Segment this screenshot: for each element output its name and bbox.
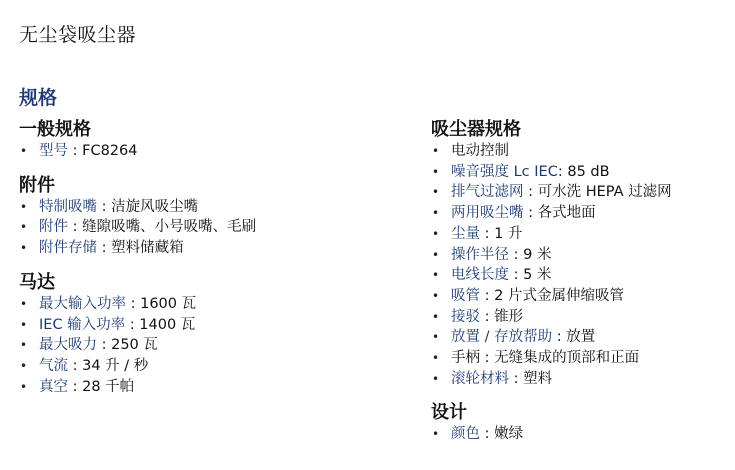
spec-value: 5 米 — [523, 267, 551, 283]
spec-list: •颜色 : 嫩绿 — [431, 424, 731, 445]
spec-key: 电线长度 — [451, 267, 509, 283]
spec-key: 最大输入功率 — [39, 296, 126, 312]
spec-separator: : — [480, 226, 494, 242]
bullet-icon: • — [432, 245, 439, 266]
bullet-icon: • — [432, 307, 439, 328]
spec-separator: : — [524, 205, 538, 221]
spec-value: 锥形 — [494, 309, 523, 325]
spec-value: 塑料储藏箱 — [111, 240, 184, 256]
spec-separator: : — [509, 371, 523, 387]
section-heading: 设计 — [431, 402, 731, 424]
spec-item: •操作半径 : 9 米 — [431, 245, 731, 266]
bullet-icon: • — [432, 369, 439, 390]
spec-separator: : — [68, 358, 82, 374]
spec-separator: : — [558, 164, 568, 180]
spec-item: •接驳 : 锥形 — [431, 307, 731, 328]
spec-key: 附件 — [39, 219, 68, 235]
spec-section: 吸尘器规格•电动控制•噪音强度 Lc IEC: 85 dB•排气过滤网 : 可水… — [431, 119, 731, 389]
spec-item: •放置 / 存放帮助 : 放置 — [431, 327, 731, 348]
bullet-icon: • — [432, 203, 439, 224]
spec-key: 噪音强度 Lc IEC — [451, 164, 558, 180]
bullet-icon: • — [20, 377, 27, 398]
spec-value: 2 片式金属伸缩吸管 — [494, 288, 624, 304]
spec-item: •气流 : 34 升 / 秒 — [19, 356, 409, 377]
spec-item: •尘量 : 1 升 — [431, 224, 731, 245]
spec-key: 型号 — [39, 143, 68, 159]
section-heading: 附件 — [19, 175, 409, 197]
bullet-icon: • — [432, 348, 439, 369]
spec-section: 设计•颜色 : 嫩绿 — [431, 402, 731, 445]
spec-key: 放置 / 存放帮助 — [451, 329, 552, 345]
spec-separator: : — [480, 426, 494, 442]
spec-item: •附件存储 : 塑料储藏箱 — [19, 238, 409, 259]
spec-list: •特制吸嘴 : 洁旋风吸尘嘴•附件 : 缝隙吸嘴、小号吸嘴、毛刷•附件存储 : … — [19, 197, 409, 259]
spec-item: •吸管 : 2 片式金属伸缩吸管 — [431, 286, 731, 307]
spec-value: 塑料 — [523, 371, 552, 387]
spec-value: 28 千帕 — [82, 379, 134, 395]
bullet-icon: • — [20, 238, 27, 259]
spec-item: •排气过滤网 : 可水洗 HEPA 过滤网 — [431, 182, 731, 203]
spec-key: 排气过滤网 — [451, 184, 524, 200]
spec-key: 两用吸尘嘴 — [451, 205, 524, 221]
spec-value: 手柄 : 无缝集成的顶部和正面 — [451, 350, 639, 366]
spec-key: IEC 输入功率 — [39, 317, 125, 333]
spec-item: •手柄 : 无缝集成的顶部和正面 — [431, 348, 731, 369]
spec-separator: : — [552, 329, 566, 345]
spec-item: •颜色 : 嫩绿 — [431, 424, 731, 445]
spec-separator: : — [509, 267, 523, 283]
spec-item: •电线长度 : 5 米 — [431, 265, 731, 286]
spec-separator: : — [97, 240, 111, 256]
spec-key: 气流 — [39, 358, 68, 374]
spec-value: 85 dB — [567, 164, 609, 180]
spec-key: 吸管 — [451, 288, 480, 304]
bullet-icon: • — [432, 182, 439, 203]
spec-key: 最大吸力 — [39, 337, 97, 353]
bullet-icon: • — [432, 286, 439, 307]
spec-value: FC8264 — [82, 143, 137, 159]
spec-item: •电动控制 — [431, 141, 731, 162]
spec-separator: : — [97, 337, 111, 353]
spec-value: 放置 — [566, 329, 595, 345]
spec-list: •最大输入功率 : 1600 瓦•IEC 输入功率 : 1400 瓦•最大吸力 … — [19, 294, 409, 398]
spec-separator: : — [125, 317, 139, 333]
bullet-icon: • — [432, 327, 439, 348]
spec-value: 嫩绿 — [494, 426, 523, 442]
bullet-icon: • — [20, 335, 27, 356]
spec-item: •最大吸力 : 250 瓦 — [19, 335, 409, 356]
spec-value: 电动控制 — [451, 143, 509, 159]
section-heading: 一般规格 — [19, 119, 409, 141]
spec-item: •真空 : 28 千帕 — [19, 377, 409, 398]
spec-list: •型号 : FC8264 — [19, 141, 409, 162]
spec-section: 一般规格•型号 : FC8264 — [19, 119, 409, 162]
spec-value: 1 升 — [494, 226, 522, 242]
section-heading: 马达 — [19, 272, 409, 294]
bullet-icon: • — [432, 424, 439, 445]
spec-item: •特制吸嘴 : 洁旋风吸尘嘴 — [19, 197, 409, 218]
bullet-icon: • — [20, 356, 27, 377]
spec-separator: : — [509, 247, 523, 263]
spec-value: 1400 瓦 — [139, 317, 195, 333]
specs-heading: 规格 — [19, 83, 57, 110]
spec-item: •噪音强度 Lc IEC: 85 dB — [431, 162, 731, 183]
spec-value: 洁旋风吸尘嘴 — [111, 199, 198, 215]
spec-key: 滚轮材料 — [451, 371, 509, 387]
spec-value: 缝隙吸嘴、小号吸嘴、毛刷 — [82, 219, 256, 235]
spec-value: 250 瓦 — [111, 337, 158, 353]
spec-separator: : — [97, 199, 111, 215]
spec-separator: : — [126, 296, 140, 312]
bullet-icon: • — [20, 315, 27, 336]
spec-key: 真空 — [39, 379, 68, 395]
spec-key: 尘量 — [451, 226, 480, 242]
spec-item: •两用吸尘嘴 : 各式地面 — [431, 203, 731, 224]
bullet-icon: • — [20, 197, 27, 218]
right-column: 吸尘器规格•电动控制•噪音强度 Lc IEC: 85 dB•排气过滤网 : 可水… — [431, 119, 731, 458]
spec-list: •电动控制•噪音强度 Lc IEC: 85 dB•排气过滤网 : 可水洗 HEP… — [431, 141, 731, 389]
spec-separator: : — [524, 184, 538, 200]
bullet-icon: • — [20, 141, 27, 162]
spec-key: 操作半径 — [451, 247, 509, 263]
spec-separator: : — [68, 379, 82, 395]
spec-key: 特制吸嘴 — [39, 199, 97, 215]
spec-separator: : — [68, 143, 82, 159]
bullet-icon: • — [432, 162, 439, 183]
bullet-icon: • — [20, 217, 27, 238]
spec-value: 34 升 / 秒 — [82, 358, 148, 374]
page-title: 无尘袋吸尘器 — [19, 20, 136, 47]
spec-item: •附件 : 缝隙吸嘴、小号吸嘴、毛刷 — [19, 217, 409, 238]
spec-separator: : — [480, 288, 494, 304]
bullet-icon: • — [432, 265, 439, 286]
spec-value: 各式地面 — [538, 205, 596, 221]
left-column: 一般规格•型号 : FC8264附件•特制吸嘴 : 洁旋风吸尘嘴•附件 : 缝隙… — [19, 119, 409, 410]
spec-value: 可水洗 HEPA 过滤网 — [538, 184, 672, 200]
spec-value: 1600 瓦 — [140, 296, 196, 312]
bullet-icon: • — [432, 141, 439, 162]
spec-key: 附件存储 — [39, 240, 97, 256]
spec-item: •IEC 输入功率 : 1400 瓦 — [19, 315, 409, 336]
spec-key: 接驳 — [451, 309, 480, 325]
spec-section: 马达•最大输入功率 : 1600 瓦•IEC 输入功率 : 1400 瓦•最大吸… — [19, 272, 409, 398]
spec-item: •型号 : FC8264 — [19, 141, 409, 162]
spec-section: 附件•特制吸嘴 : 洁旋风吸尘嘴•附件 : 缝隙吸嘴、小号吸嘴、毛刷•附件存储 … — [19, 175, 409, 259]
spec-item: •最大输入功率 : 1600 瓦 — [19, 294, 409, 315]
spec-separator: : — [480, 309, 494, 325]
spec-item: •滚轮材料 : 塑料 — [431, 369, 731, 390]
spec-key: 颜色 — [451, 426, 480, 442]
bullet-icon: • — [20, 294, 27, 315]
spec-value: 9 米 — [523, 247, 551, 263]
section-heading: 吸尘器规格 — [431, 119, 731, 141]
bullet-icon: • — [432, 224, 439, 245]
spec-separator: : — [68, 219, 82, 235]
